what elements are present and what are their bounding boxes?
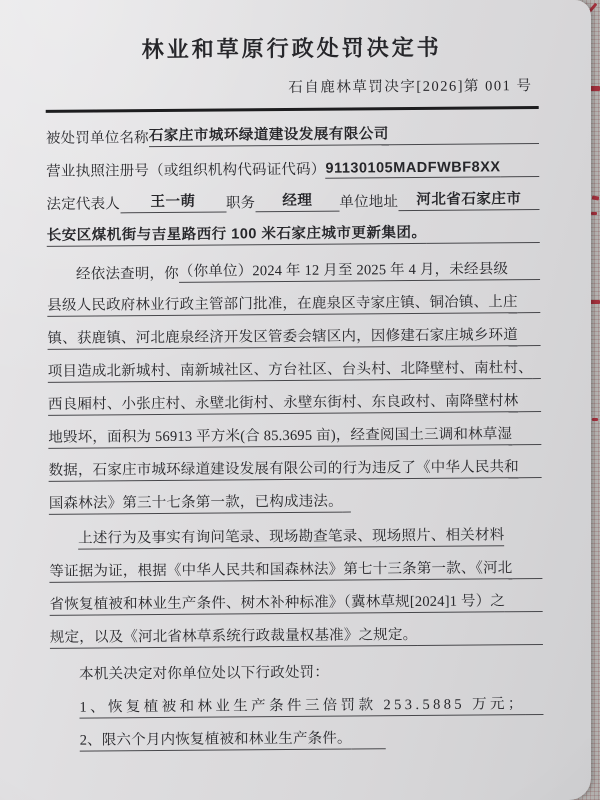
filled-text-segment	[519, 476, 542, 478]
filled-text-segment: 省恢复植被和林业生产条件、树木补种标准》（冀林草规[2024]1 号）之	[50, 589, 506, 616]
filled-text-segment: （你单位）2024 年 12 月至 2025 年 4 月，未经县级	[179, 257, 508, 283]
red-mark	[590, 86, 600, 91]
filled-text-segment	[417, 643, 543, 646]
filled-text-segment: 项目造成北新城村、南新城社区、方台社区、台头村、北降壁村、南杜村、	[48, 356, 533, 383]
filled-text-segment	[501, 175, 540, 177]
filled-text-segment: 91130105MADFWBF8XX	[325, 159, 500, 178]
filled-text-segment	[513, 577, 543, 579]
doc-line: 等证据为证，根据《中华人民共和国森林法》第七十三条第一款、《河北	[49, 546, 542, 583]
template-text-segment: 本机关决定对你单位处以下行政处罚：	[79, 661, 329, 684]
doc-line: 营业执照注册号（或组织机构代码证代码）91130105MADFWBF8XX	[46, 144, 539, 181]
filled-text-segment: 1、恢复植被和林业生产条件三倍罚款 253.5885 万元；	[79, 692, 526, 719]
filled-text-segment: 规定，以及《河北省林草系统行政裁量权基准》之规定。	[50, 623, 418, 649]
document-photo: 林业和草原行政处罚决定书 石自鹿林草罚决字[2026]第 001 号 被处罚单位…	[0, 0, 600, 800]
filled-text-segment	[526, 713, 544, 715]
filled-text-segment	[508, 278, 540, 280]
document-body: 被处罚单位名称石家庄市城环绿道建设发展有限公司营业执照注册号（或组织机构代码证代…	[46, 111, 544, 752]
doc-line: 项目造成北新城村、南新城社区、方台社区、台头村、北降壁村、南杜村、	[48, 346, 541, 383]
document-title: 林业和草原行政处罚决定书	[45, 34, 538, 64]
filled-text-segment: 上述行为及事实有询问笔录、现场勘查笔录、现场照片、相关材料	[78, 523, 504, 549]
template-text-segment: 被处罚单位名称	[46, 126, 149, 148]
doc-line: 本机关决定对你单位处以下行政处罚：	[50, 647, 543, 684]
filled-text-segment	[427, 241, 540, 244]
template-text-segment: 营业执照注册号（或组织机构代码证代码）	[46, 158, 325, 181]
filled-text-segment: 河北省石家庄市	[398, 187, 539, 211]
doc-line: 1、恢复植被和林业生产条件三倍罚款 253.5885 万元；	[50, 682, 543, 719]
doc-line: 镇、获鹿镇、河北鹿泉经济开发区管委会辖区内，因修建石家庄城乡环道	[47, 313, 540, 350]
filled-text-segment	[518, 311, 541, 313]
penalty-decision-document: 林业和草原行政处罚决定书 石自鹿林草罚决字[2026]第 001 号 被处罚单位…	[0, 0, 580, 800]
filled-text-segment: 国森林法》第三十七条第一款，已构成违法。	[49, 490, 343, 515]
doc-line: 西良厢村、小张庄村、永壁北街村、永壁东街村、东良政村、南降壁村林	[48, 379, 541, 416]
red-mark	[592, 418, 598, 421]
filled-text-segment	[505, 610, 543, 612]
filled-text-segment: 长安区煤机街与吉星路西行 100 米石家庄城市更新集团。	[47, 221, 427, 247]
filled-text-segment: 县级人民政府林业行政主管部门批准，在鹿泉区寺家庄镇、铜冶镇、上庄	[47, 290, 518, 317]
filled-text-segment: 镇、获鹿镇、河北鹿泉经济开发区管委会辖区内，因修建石家庄城乡环道	[47, 323, 518, 350]
filled-text-segment: 2、限六个月内恢复植被和林业生产条件。	[80, 727, 352, 752]
doc-line: 国森林法》第三十七条第一款，已构成违法。	[49, 478, 542, 515]
filled-text-segment: 西良厢村、小张庄村、永壁北街村、永壁东街村、东良政村、南降壁村林	[48, 389, 519, 416]
filled-text-segment: 石家庄市城环绿道建设发展有限公司	[149, 122, 389, 147]
filled-text-segment	[518, 410, 541, 412]
filled-text-segment	[352, 747, 386, 749]
template-text-segment: 经依法查明，你	[76, 262, 179, 284]
filled-text-segment: 地毁坏，面积为 56913 平方米(合 85.3695 亩)，经查阅国土三调和林…	[48, 422, 512, 449]
doc-line: 经依法查明，你（你单位）2024 年 12 月至 2025 年 4 月，未经县级	[47, 247, 540, 284]
doc-line: 上述行为及事实有询问笔录、现场勘查笔录、现场照片、相关材料	[49, 513, 542, 550]
doc-line: 省恢复植被和林业生产条件、树木补种标准》（冀林草规[2024]1 号）之	[49, 579, 542, 616]
doc-line: 地毁坏，面积为 56913 平方米(合 85.3695 亩)，经查阅国土三调和林…	[48, 412, 541, 449]
filled-text-segment: 数据，石家庄市城环绿道建设发展有限公司的行为违反了《中华人民共和	[48, 455, 519, 482]
doc-line: 2、限六个月内恢复植被和林业生产条件。	[50, 715, 543, 752]
filled-text-segment	[512, 443, 541, 445]
filled-text-segment	[533, 377, 541, 379]
red-mark	[591, 212, 597, 215]
filled-text-segment: 经理	[255, 189, 339, 213]
doc-line: 规定，以及《河北省林草系统行政裁量权基准》之规定。	[50, 612, 543, 649]
filled-text-segment: 王一萌	[120, 189, 226, 213]
doc-line: 数据，石家庄市城环绿道建设发展有限公司的行为违反了《中华人民共和	[48, 445, 541, 482]
template-text-segment: 单位地址	[339, 190, 398, 211]
template-text-segment: 职务	[226, 191, 256, 212]
doc-line: 长安区煤机街与吉星路西行 100 米石家庄城市更新集团。	[47, 210, 540, 247]
filled-text-segment	[343, 511, 351, 513]
doc-line: 县级人民政府林业行政主管部门批准，在鹿泉区寺家庄镇、铜冶镇、上庄	[47, 280, 540, 317]
doc-line: 法定代表人王一萌职务经理单位地址河北省石家庄市	[46, 177, 539, 214]
doc-line: 被处罚单位名称石家庄市城环绿道建设发展有限公司	[46, 111, 539, 148]
paper-sheet: 林业和草原行政处罚决定书 石自鹿林草罚决字[2026]第 001 号 被处罚单位…	[0, 0, 591, 800]
filled-text-segment	[518, 344, 541, 346]
template-text-segment: 法定代表人	[46, 192, 120, 214]
filled-text-segment: 等证据为证，根据《中华人民共和国森林法》第七十三条第一款、《河北	[49, 556, 512, 583]
document-number: 石自鹿林草罚决字[2026]第 001 号	[45, 74, 538, 99]
